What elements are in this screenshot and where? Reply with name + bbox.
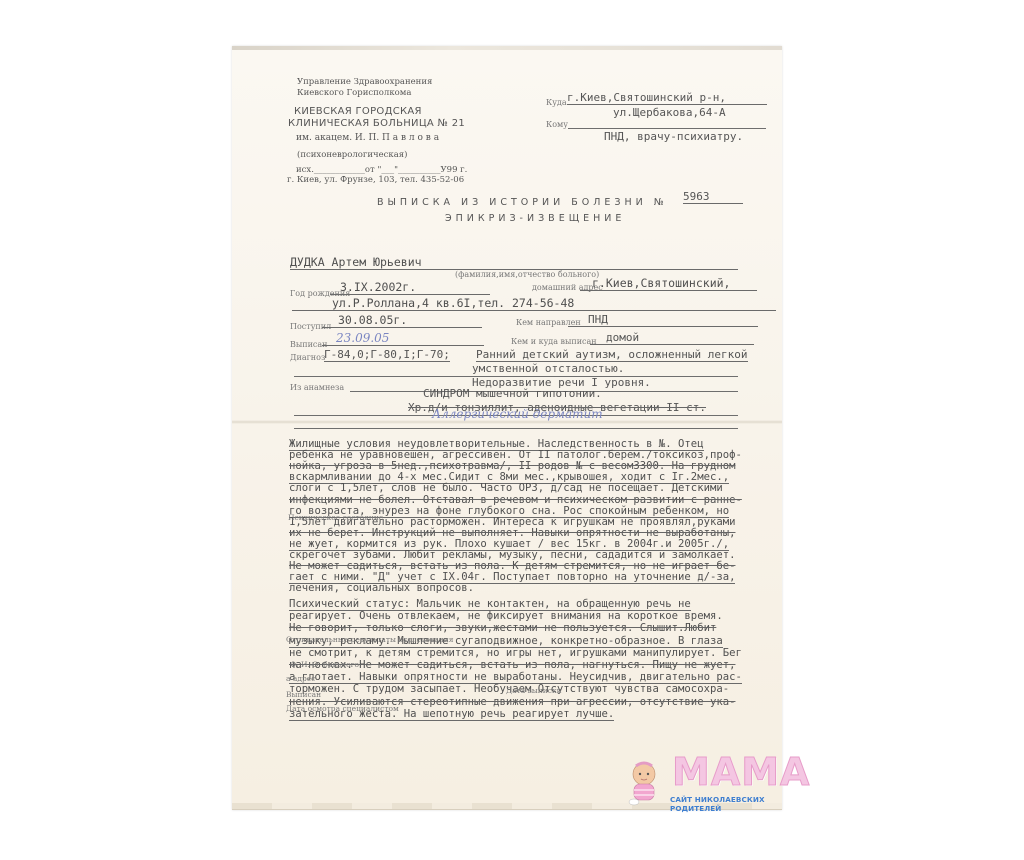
faded-form-label: Отрицательные результаты исследования [286, 635, 454, 644]
watermark-title: МАМА [672, 750, 810, 794]
hospital-name-1: КИЕВСКАЯ ГОРОДСКАЯ [294, 106, 422, 117]
document-title: ВЫПИСКА ИЗ ИСТОРИИ БОЛЕЗНИ № [377, 197, 668, 208]
watermark-tagline: САЙТ НИКОЛАЕВСКИХ РОДИТЕЛЕЙ [670, 795, 804, 813]
diagnosis-label: Диагноз [290, 353, 325, 362]
mental-status-line: не смотрит, к детям стремится, но игры н… [289, 647, 742, 659]
discharged-value: 23.09.05 [322, 331, 484, 346]
referred-value: ПНД [568, 313, 758, 327]
where-label: Куда [546, 98, 567, 107]
baby-doll-icon [626, 760, 662, 806]
hospital-named-after: им. акацем. И. П. П а в л о в а [296, 133, 439, 143]
mental-status-line: Психический статус: Мальчик не контактен… [289, 598, 691, 611]
home-address-value-2: ул.Р.Роллана,4 кв.6I,тел. 274-56-48 [292, 296, 776, 311]
diagnosis-text-4: СИНДРОМ мышечной гипотонии. [423, 387, 602, 400]
faded-form-label: Дата выписки [506, 686, 562, 695]
mama-site-watermark: МАМА САЙТ НИКОЛАЕВСКИХ РОДИТЕЛЕЙ [614, 752, 804, 812]
mental-state-field-label: Психическое состояние [288, 513, 383, 522]
patient-name-caption: (фамилия,имя,отчество больного) [455, 270, 599, 279]
discharged-to-value: домой [590, 331, 754, 345]
diagnosis-codes: Г-84,0;Г-80,I;Г-70; [324, 348, 450, 362]
to-label: Кому [546, 120, 568, 129]
faded-form-label: Дата осмотра специалистом [286, 704, 399, 713]
document-subtitle: ЭПИКРИЗ-ИЗВЕЩЕНИЕ [445, 213, 625, 224]
diagnosis-text: Ранний детский аутизм, осложненный легко… [476, 348, 748, 362]
anamnesis-line: лечения, социальных вопросов. [289, 582, 474, 594]
hospital-name-2: КЛИНИЧЕСКАЯ БОЛЬНИЦА № 21 [288, 118, 465, 129]
birth-value: 3.IX.2002г. [330, 280, 490, 295]
to-value: ПНД, врачу-психиатру. [604, 130, 743, 143]
home-address-value: г.Киев,Святошинский, [580, 276, 757, 291]
mental-status-line: реагирует. Очень отвлекаем, не фиксирует… [289, 610, 723, 622]
ministry-line2: Киевского Горисполкома [297, 88, 411, 98]
hospital-type: (психоневрологическая) [297, 150, 407, 160]
outgoing-number-line: исх.____________от "___"__________У99 г. [296, 165, 467, 175]
faded-form-label: Ф. И. О. больного [290, 660, 359, 669]
to-underline [568, 128, 766, 129]
hospital-address: г. Киев, ул. Фрунзе, 103, тел. 435-52-06 [287, 175, 464, 185]
ministry-line1: Управление Здравоохранения [297, 77, 432, 87]
faded-form-label: а адрес [286, 674, 315, 683]
anamnesis-label: Из анамнеза [290, 383, 344, 392]
handwritten-note: Аллергический дерматит [432, 407, 603, 421]
discharged-to-label: Кем и куда выписан [511, 337, 597, 346]
mental-status-line: а глотает. Навыки опрятности не выработа… [289, 671, 742, 684]
patient-name: ДУДКА Артем Юрьевич [290, 255, 738, 270]
where-value: г.Киев,Святошинский р-н, [567, 91, 767, 105]
faded-form-label: Выписан [286, 690, 321, 699]
where-value-2: ул.Щербакова,64-А [613, 106, 726, 119]
anamnesis-rule-3 [294, 428, 738, 429]
diagnosis-text-2: умственной отсталостью. [472, 362, 624, 375]
mental-status-line: Не говорит, только слоги, звуки,жестами … [289, 622, 716, 634]
admitted-value: 30.08.05г. [322, 313, 482, 328]
history-number: 5963 [683, 190, 743, 204]
